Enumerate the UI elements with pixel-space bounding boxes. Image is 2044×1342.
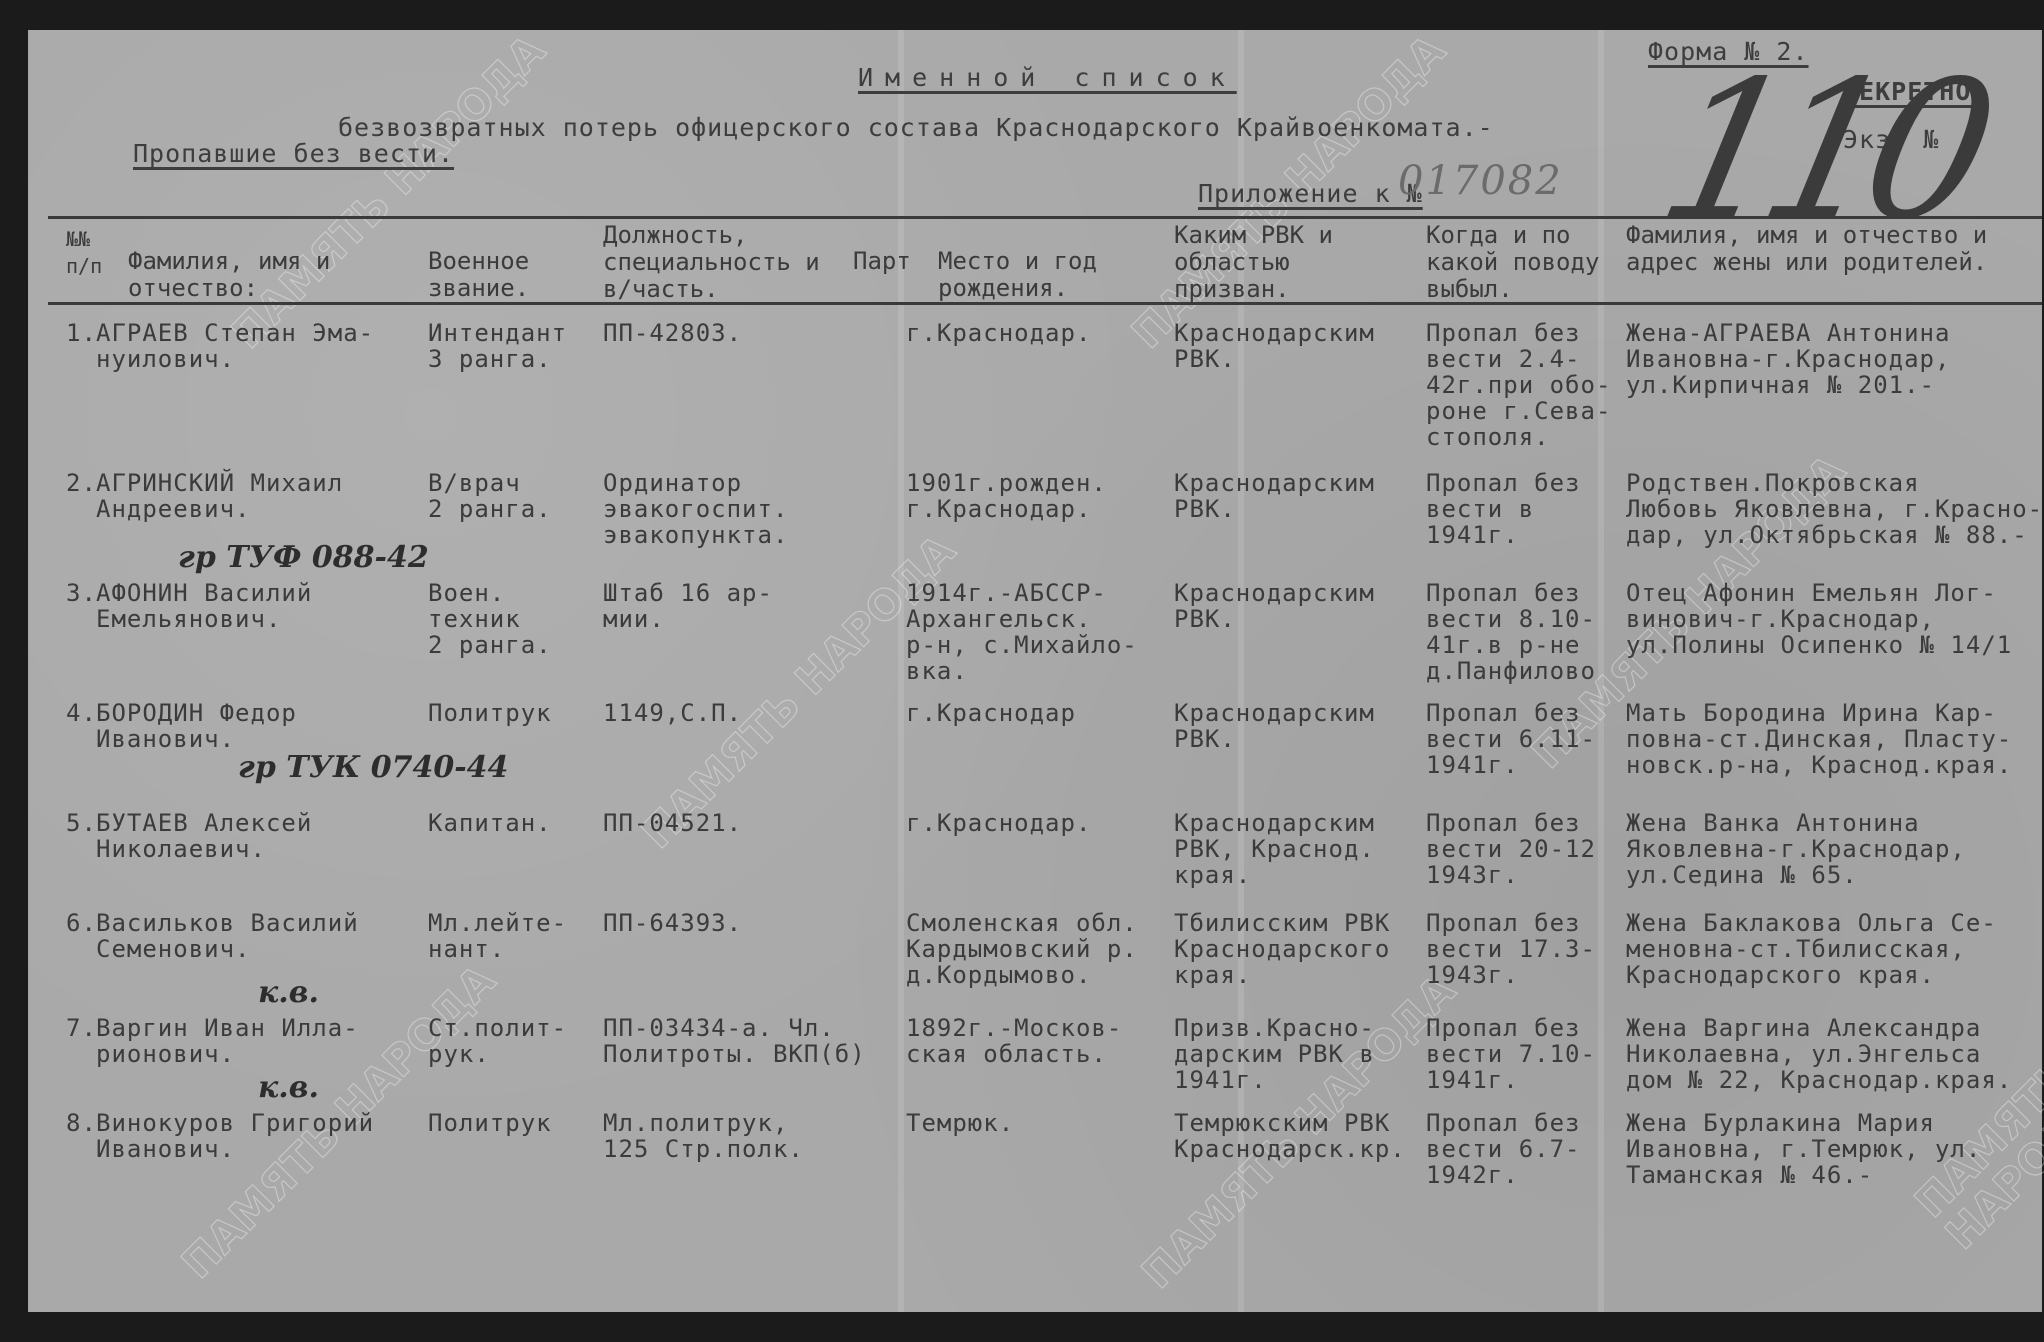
cell-when: Пропал без вести 7.10- 1941г. [1426,1015,1596,1093]
col-header-when: Когда и по какой поводу выбыл. [1426,222,1606,303]
watermark: ПАМЯТЬ НАРОДА [224,28,553,357]
cell-num: 6. [66,910,97,936]
cell-birth: г.Краснодар [906,700,1076,726]
col-header-birth: Место и год рождения. [938,248,1138,302]
cell-birth: 1901г.рожден. г.Краснодар. [906,470,1107,522]
cell-post: ПП-04521. [603,810,742,836]
cell-birth: 1892г.-Москов- ская область. [906,1015,1122,1067]
watermark: ПАМЯТЬ НАРОДА [634,528,963,857]
cell-name: АГРАЕВ Степан Эма- нуилович. [96,320,374,372]
cell-num: 1. [66,320,97,346]
cell-rvk: Призв.Красно- дарским РВК в 1941г. [1174,1015,1375,1093]
cell-name: Винокуров Григорий Иванович. [96,1110,374,1162]
cell-when: Пропал без вести 20-12 1943г. [1426,810,1596,888]
cell-rank: Воен. техник 2 ранга. [428,580,552,658]
cell-kin: Жена Бурлакина Мария Ивановна, г.Темрюк,… [1626,1110,1981,1188]
cell-birth: 1914г.-АБССР- Архангельск. р-н, с.Михайл… [906,580,1138,684]
cell-when: Пропал без вести 2.4- 42г.при обо- роне … [1426,320,1611,450]
cell-rvk: Краснодарским РВК. [1174,320,1375,372]
cell-rvk: Темрюкским РВК Краснодарск.кр. [1174,1110,1406,1162]
cell-rvk: Краснодарским РВК. [1174,700,1375,752]
appendix-label: Приложение к № [1198,180,1423,207]
table-top-rule [48,216,2042,219]
cell-post: 1149,С.П. [603,700,742,726]
cell-kin: Жена-АГРАЕВА Антонина Ивановна-г.Краснод… [1626,320,1950,398]
col-header-kin: Фамилия, имя и отчество и адрес жены или… [1626,222,2026,276]
col-header-number: №№ п/п [66,226,106,280]
cell-rvk: Тбилисским РВК Краснодарского края. [1174,910,1390,988]
cell-num: 3. [66,580,97,606]
cell-rank: Капитан. [428,810,552,836]
cell-post: ПП-42803. [603,320,742,346]
document-title: Именной список [858,64,1237,91]
cell-post: Штаб 16 ар- мии. [603,580,773,632]
cell-kin: Мать Бородина Ирина Кар- повна-ст.Динска… [1626,700,2012,778]
cell-when: Пропал без вести 8.10- 41г.в р-не д.Панф… [1426,580,1596,684]
cell-name: БОРОДИН Федор Иванович. [96,700,297,752]
handwritten-annotation: к.в. [258,975,319,1010]
cell-when: Пропал без вести 17.3- 1943г. [1426,910,1596,988]
cell-rank: Политрук [428,700,552,726]
cell-post: ПП-64393. [603,910,742,936]
cell-num: 2. [66,470,97,496]
handwritten-annotation: гр ТУК 0740-44 [238,750,508,785]
col-header-rvk: Каким РВК и областью призван. [1174,222,1404,303]
handwritten-annotation: гр ТУФ 088-42 [178,540,429,575]
cell-rvk: Краснодарским РВК. [1174,470,1375,522]
col-header-rank: Военное звание. [428,248,568,302]
cell-name: Васильков Василий Семенович. [96,910,359,962]
cell-post: Мл.политрук, 125 Стр.полк. [603,1110,804,1162]
document-subtitle: безвозвратных потерь офицерского состава… [338,114,1494,141]
cell-when: Пропал без вести 6.7- 1942г. [1426,1110,1581,1188]
cell-name: АГРИНСКИЙ Михаил Андреевич. [96,470,343,522]
cell-rank: Интендант 3 ранга. [428,320,567,372]
cell-post: Ординатор эвакогоспит. эвакопункта. [603,470,788,548]
handwritten-annotation: к.в. [258,1070,319,1105]
cell-kin: Жена Баклакова Ольга Се- меновна-ст.Тбил… [1626,910,1997,988]
cell-birth: Темрюк. [906,1110,1014,1136]
cell-name: БУТАЕВ Алексей Николаевич. [96,810,312,862]
col-header-party: Парт [853,248,911,275]
cell-kin: Жена Варгина Александра Николаевна, ул.Э… [1626,1015,2012,1093]
fold-line [898,30,904,1312]
cell-rank: В/врач 2 ранга. [428,470,552,522]
document-page: ПАМЯТЬ НАРОДА ПАМЯТЬ НАРОДА ПАМЯТЬ НАРОД… [28,30,2042,1312]
cell-rank: Мл.лейте- нант. [428,910,567,962]
cell-when: Пропал без вести 6.11- 1941г. [1426,700,1596,778]
cell-rvk: Краснодарским РВК, Краснод. края. [1174,810,1375,888]
col-header-post: Должность, специальность и в/часть. [603,222,843,303]
document-subtitle-sub: Пропавшие без вести. [133,140,454,167]
cell-kin: Родствен.Покровская Любовь Яковлевна, г.… [1626,470,2043,548]
cell-rvk: Краснодарским РВК. [1174,580,1375,632]
cell-num: 7. [66,1015,97,1041]
cell-rank: Политрук [428,1110,552,1136]
cell-birth: г.Краснодар. [906,320,1091,346]
cell-when: Пропал без вести в 1941г. [1426,470,1581,548]
col-header-name: Фамилия, имя и отчество: [128,248,388,302]
cell-name: Варгин Иван Илла- рионович. [96,1015,359,1067]
table-header-rule [48,302,2042,305]
cell-kin: Жена Ванка Антонина Яковлевна-г.Краснода… [1626,810,1966,888]
cell-birth: Смоленская обл. Кардымовский р. д.Кордым… [906,910,1138,988]
cell-rank: Ст.полит- рук. [428,1015,567,1067]
cell-post: ПП-03434-а. Чл. Политроты. ВКП(б) [603,1015,866,1067]
appendix-number: 017082 [1398,158,1563,204]
cell-birth: г.Краснодар. [906,810,1091,836]
cell-num: 4. [66,700,97,726]
cell-name: АФОНИН Василий Емельянович. [96,580,312,632]
cell-num: 8. [66,1110,97,1136]
cell-num: 5. [66,810,97,836]
cell-kin: Отец Афонин Емельян Лог- винович-г.Красн… [1626,580,2012,658]
